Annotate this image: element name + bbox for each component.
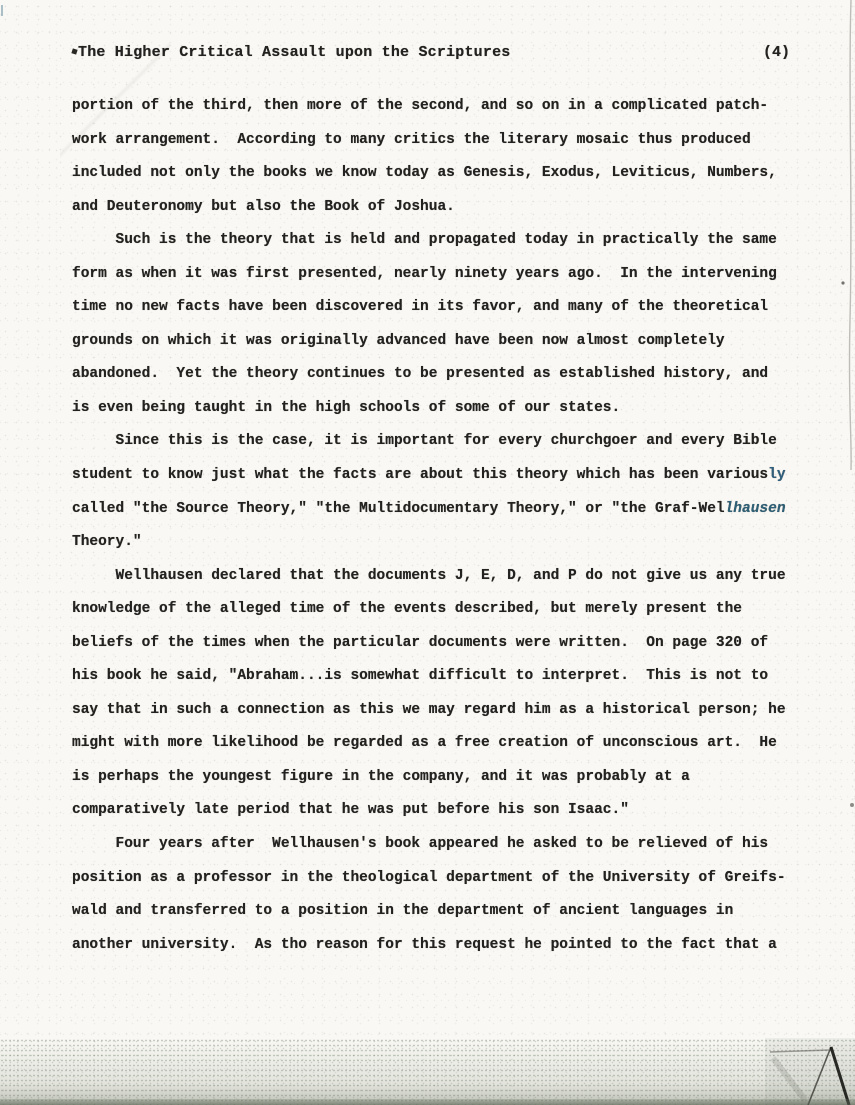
text-line: another university. As tho reason for th… bbox=[72, 929, 812, 963]
text-segment: comparatively late period that he was pu… bbox=[72, 802, 629, 818]
text-line: and Deuteronomy but also the Book of Jos… bbox=[72, 191, 812, 225]
text-segment: included not only the books we know toda… bbox=[72, 165, 777, 181]
text-segment: form as when it was first presented, nea… bbox=[72, 266, 777, 282]
text-segment: called "the Source Theory," "the Multido… bbox=[72, 501, 725, 517]
text-segment: portion of the third, then more of the s… bbox=[72, 98, 768, 114]
bottom-scan-noise-band bbox=[0, 1038, 855, 1105]
text-segment: might with more likelihood be regarded a… bbox=[72, 735, 777, 751]
text-line: is perhaps the youngest figure in the co… bbox=[72, 761, 812, 795]
text-line: wald and transferred to a position in th… bbox=[72, 895, 812, 929]
text-segment: lhausen bbox=[725, 501, 786, 517]
text-segment: grounds on which it was originally advan… bbox=[72, 333, 725, 349]
text-segment: student to know just what the facts are … bbox=[72, 467, 768, 483]
text-segment: say that in such a connection as this we… bbox=[72, 702, 786, 718]
text-segment: another university. As tho reason for th… bbox=[72, 937, 777, 953]
text-line: Wellhausen declared that the documents J… bbox=[72, 560, 812, 594]
text-segment: is even being taught in the high schools… bbox=[72, 400, 620, 416]
text-segment: time no new facts have been discovered i… bbox=[72, 299, 768, 315]
document-body: portion of the third, then more of the s… bbox=[72, 90, 812, 962]
tape-corner-artifact bbox=[765, 1038, 855, 1105]
text-segment: beliefs of the times when the particular… bbox=[72, 635, 768, 651]
text-segment: abandoned. Yet the theory continues to b… bbox=[72, 366, 768, 382]
text-line: student to know just what the facts are … bbox=[72, 459, 812, 493]
scan-edge-speck bbox=[1, 5, 3, 16]
text-segment: ly bbox=[768, 467, 785, 483]
text-line: position as a professor in the theologic… bbox=[72, 862, 812, 896]
text-line: Four years after Wellhausen's book appea… bbox=[72, 828, 812, 862]
text-line: Since this is the case, it is important … bbox=[72, 425, 812, 459]
text-segment: is perhaps the youngest figure in the co… bbox=[72, 769, 690, 785]
bottom-edge-shadow bbox=[0, 1099, 855, 1105]
right-edge-scan-artifact bbox=[835, 0, 855, 830]
text-segment: knowledge of the alleged time of the eve… bbox=[72, 601, 742, 617]
text-line: abandoned. Yet the theory continues to b… bbox=[72, 358, 812, 392]
text-line: called "the Source Theory," "the Multido… bbox=[72, 493, 812, 527]
text-segment: Wellhausen declared that the documents J… bbox=[72, 568, 786, 584]
text-line: form as when it was first presented, nea… bbox=[72, 258, 812, 292]
text-line: Theory." bbox=[72, 526, 812, 560]
text-line: might with more likelihood be regarded a… bbox=[72, 727, 812, 761]
text-line: Such is the theory that is held and prop… bbox=[72, 224, 812, 258]
text-segment: his book he said, "Abraham...is somewhat… bbox=[72, 668, 768, 684]
page-number: (4) bbox=[763, 44, 790, 61]
text-segment: Such is the theory that is held and prop… bbox=[72, 232, 777, 248]
text-line: grounds on which it was originally advan… bbox=[72, 325, 812, 359]
text-line: knowledge of the alleged time of the eve… bbox=[72, 593, 812, 627]
text-line: is even being taught in the high schools… bbox=[72, 392, 812, 426]
text-segment: Theory." bbox=[72, 534, 142, 550]
text-segment: work arrangement. According to many crit… bbox=[72, 132, 751, 148]
text-line: work arrangement. According to many crit… bbox=[72, 124, 812, 158]
text-line: included not only the books we know toda… bbox=[72, 157, 812, 191]
scanned-document-page: The Higher Critical Assault upon the Scr… bbox=[0, 0, 855, 1105]
document-title: The Higher Critical Assault upon the Scr… bbox=[78, 44, 510, 61]
text-segment: Four years after Wellhausen's book appea… bbox=[72, 836, 768, 852]
text-segment: position as a professor in the theologic… bbox=[72, 870, 786, 886]
ink-speck bbox=[71, 48, 77, 54]
text-line: portion of the third, then more of the s… bbox=[72, 90, 812, 124]
text-segment: wald and transferred to a position in th… bbox=[72, 903, 733, 919]
text-line: say that in such a connection as this we… bbox=[72, 694, 812, 728]
text-line: comparatively late period that he was pu… bbox=[72, 794, 812, 828]
text-segment: and Deuteronomy but also the Book of Jos… bbox=[72, 199, 455, 215]
text-segment: Since this is the case, it is important … bbox=[72, 433, 777, 449]
text-line: time no new facts have been discovered i… bbox=[72, 291, 812, 325]
text-line: beliefs of the times when the particular… bbox=[72, 627, 812, 661]
text-line: his book he said, "Abraham...is somewhat… bbox=[72, 660, 812, 694]
